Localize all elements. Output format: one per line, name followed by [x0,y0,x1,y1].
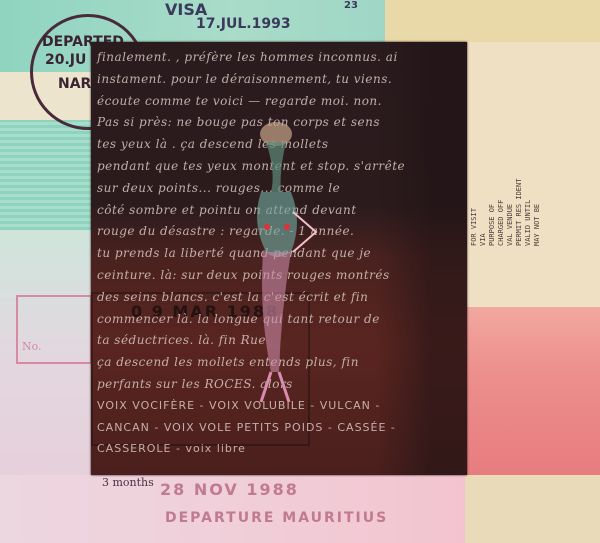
visa-date: 17.JUL.1993 [196,16,291,32]
box-stamp [16,295,92,364]
bottom-stamp-place: DEPARTURE MAURITIUS [165,510,388,526]
red-floral-page [465,307,600,475]
handwriting-line: finalement. , préfère les hommes inconnu… [97,50,398,64]
handwriting-line: CASSEROLE - voix libre [97,442,246,455]
handwriting-line: CANCAN - VOIX VOLE PETITS POIDS - CASSÉE… [97,421,396,434]
handwriting-panel: 0 9 MAR 1988 finalement. , préfère les h… [91,42,467,475]
handwriting-line: écoute comme te voici — regarde moi. non… [97,94,382,108]
handwriting-line: instament. pour le déraisonnement, tu vi… [97,72,392,86]
departed-place: NAR [58,76,91,92]
departed-date: 20.JU [45,52,86,68]
bottom-small-text: 3 months [102,476,154,489]
panel-shadow [377,42,467,475]
visa-number: 23 [344,0,358,11]
figure-drawing-icon [231,112,321,412]
bottom-stamp-date: 28 NOV 1988 [160,480,299,499]
teal-pattern [0,120,92,230]
yellow-paper [385,0,600,42]
visa-printed-text: FOR VISIT VIA PURPOSE OF CHARGED OFF VAL… [470,46,595,246]
box-stamp-text: No. [22,340,42,353]
beige-paper [465,475,600,543]
